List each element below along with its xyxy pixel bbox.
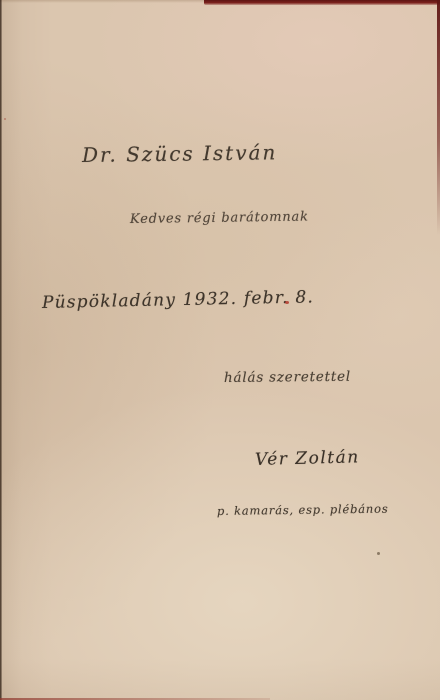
dedication-signature-line: Vér Zoltán xyxy=(255,447,360,470)
paper-speck xyxy=(377,552,380,555)
small-red-speck xyxy=(4,118,6,120)
binding-top-edge xyxy=(204,0,440,5)
red-ink-speck xyxy=(285,301,289,304)
page-top-edge xyxy=(0,0,210,3)
dedication-recipient-line: Dr. Szücs István xyxy=(82,140,278,167)
book-page-scan: Dr. Szücs István Kedves régi barátomnak … xyxy=(0,0,440,700)
dedication-greeting-line: Kedves régi barátomnak xyxy=(130,210,309,227)
dedication-signer-title-line: p. kamarás, esp. plébános xyxy=(217,502,389,518)
dedication-closing-line: hálás szeretettel xyxy=(224,369,351,386)
page-left-edge xyxy=(0,0,2,700)
dedication-place-date-line: Püspökladány 1932. febr. 8. xyxy=(42,287,314,313)
